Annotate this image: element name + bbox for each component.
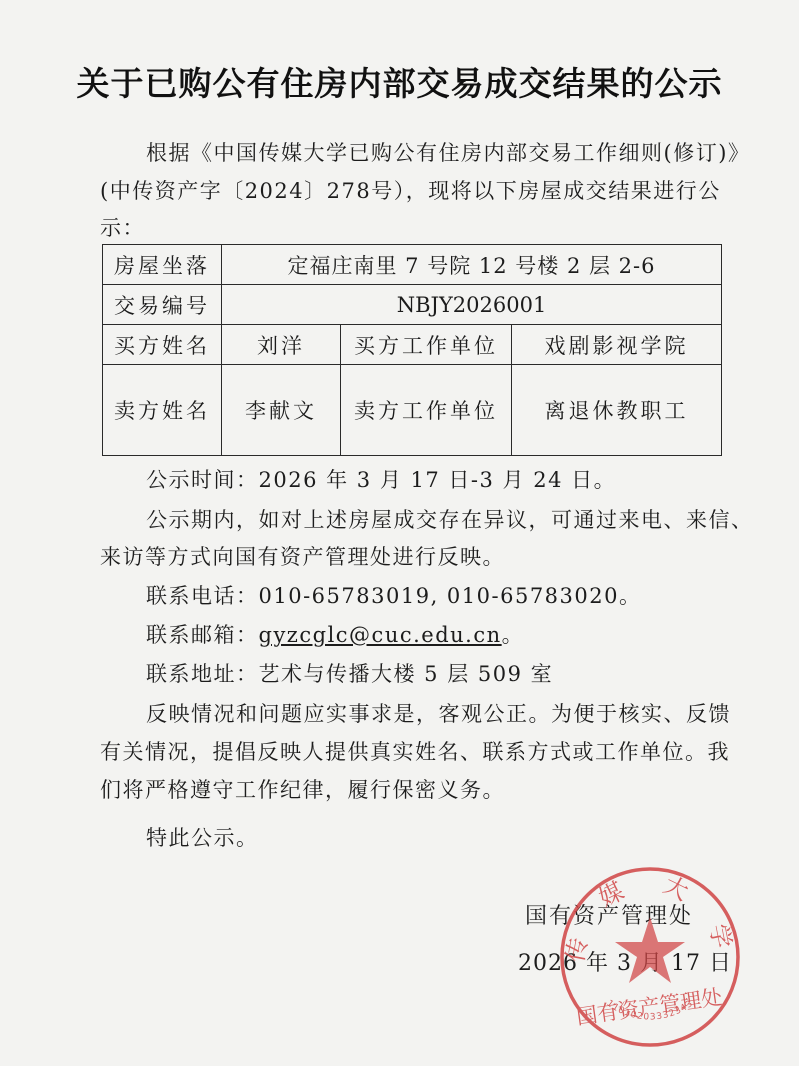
intro-line-2: (中传资产字〔2024〕278号），现将以下房屋成交结果进行公 (100, 177, 721, 205)
email-link[interactable]: gyzcglc@cuc.edu.cn (259, 623, 502, 647)
contact-phone: 联系电话：010-65783019, 010-65783020。 (146, 582, 641, 610)
phone-value: 010-65783019, 010-65783020。 (259, 584, 642, 608)
label-buyer-unit: 买方工作单位 (341, 325, 512, 365)
address-value: 艺术与传播大楼 5 层 509 室 (259, 662, 554, 686)
value-location: 定福庄南里 7 号院 12 号楼 2 层 2-6 (222, 245, 722, 285)
label-buyer-name: 买方姓名 (103, 325, 222, 365)
address-label: 联系地址： (146, 662, 259, 686)
notice-document: 关于已购公有住房内部交易成交结果的公示 根据《中国传媒大学已购公有住房内部交易工… (0, 0, 799, 1066)
document-title: 关于已购公有住房内部交易成交结果的公示 (0, 58, 799, 105)
intro-line-3: 示： (100, 214, 145, 242)
phone-label: 联系电话： (146, 584, 259, 608)
label-seller-unit: 卖方工作单位 (341, 365, 512, 456)
table-row-seller: 卖方姓名 李献文 卖方工作单位 离退休教职工 (103, 365, 722, 456)
note-line-3: 们将严格遵守工作纪律，履行保密义务。 (100, 776, 505, 804)
label-location: 房屋坐落 (103, 245, 222, 285)
value-buyer-unit: 戏剧影视学院 (512, 325, 722, 365)
table-row-location: 房屋坐落 定福庄南里 7 号院 12 号楼 2 层 2-6 (103, 245, 722, 285)
note-line-1: 反映情况和问题应实事求是，客观公正。为便于核实、反馈 (146, 700, 731, 728)
value-seller-unit: 离退休教职工 (512, 365, 722, 456)
transaction-table: 房屋坐落 定福庄南里 7 号院 12 号楼 2 层 2-6 交易编号 NBJY2… (102, 244, 722, 456)
value-seller-name: 李献文 (222, 365, 341, 456)
label-seller-name: 卖方姓名 (103, 365, 222, 456)
table-row-buyer: 买方姓名 刘洋 买方工作单位 戏剧影视学院 (103, 325, 722, 365)
intro-line-1: 根据《中国传媒大学已购公有住房内部交易工作细则(修订)》 (146, 139, 750, 167)
value-buyer-name: 刘洋 (222, 325, 341, 365)
objection-line-1: 公示期内，如对上述房屋成交存在异议，可通过来电、来信、 (146, 506, 754, 534)
email-label: 联系邮箱： (146, 623, 259, 647)
label-transaction-id: 交易编号 (103, 285, 222, 325)
contact-address: 联系地址：艺术与传播大楼 5 层 509 室 (146, 660, 553, 688)
table-row-transaction-id: 交易编号 NBJY2026001 (103, 285, 722, 325)
notice-period: 公示时间：2026 年 3 月 17 日-3 月 24 日。 (146, 466, 616, 494)
email-suffix: 。 (502, 623, 525, 647)
note-line-2: 有关情况，提倡反映人提供真实姓名、联系方式或工作单位。我 (100, 738, 730, 766)
official-seal-icon: 传 媒 大 学 国有资产管理处 11010203332343 (555, 862, 745, 1052)
objection-line-2: 来访等方式向国有资产管理处进行反映。 (100, 543, 505, 571)
closing-text: 特此公示。 (146, 824, 259, 852)
contact-email: 联系邮箱：gyzcglc@cuc.edu.cn。 (146, 621, 524, 649)
value-transaction-id: NBJY2026001 (222, 285, 722, 325)
